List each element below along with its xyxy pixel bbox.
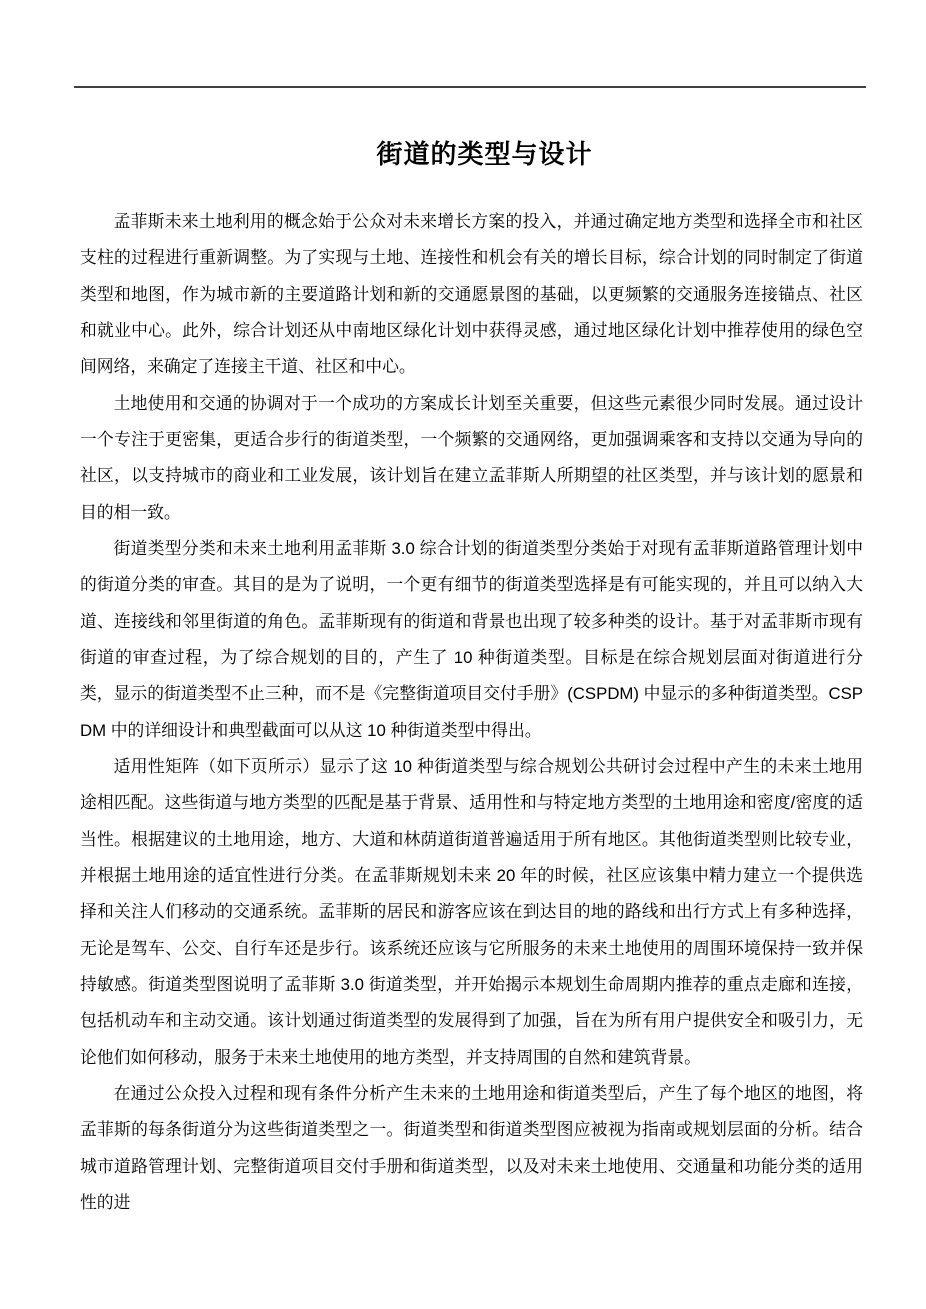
paragraph-1: 孟菲斯未来土地利用的概念始于公众对未来增长方案的投入，并通过确定地方类型和选择全… <box>80 204 863 386</box>
paragraph-5: 在通过公众投入过程和现有条件分析产生未来的土地用途和街道类型后，产生了每个地区的… <box>80 1076 863 1221</box>
paragraph-3: 街道类型分类和未来土地利用孟菲斯 3.0 综合计划的街道类型分类始于对现有孟菲斯… <box>80 531 863 749</box>
header-rule <box>74 86 866 88</box>
document-body: 孟菲斯未来土地利用的概念始于公众对未来增长方案的投入，并通过确定地方类型和选择全… <box>80 204 863 1221</box>
paragraph-2: 土地使用和交通的协调对于一个成功的方案成长计划至关重要，但这些元素很少同时发展。… <box>80 386 863 531</box>
document-page: 街道的类型与设计 孟菲斯未来土地利用的概念始于公众对未来增长方案的投入，并通过确… <box>0 0 926 1309</box>
document-title: 街道的类型与设计 <box>80 138 863 170</box>
paragraph-4: 适用性矩阵（如下页所示）显示了这 10 种街道类型与综合规划公共研讨会过程中产生… <box>80 749 863 1076</box>
